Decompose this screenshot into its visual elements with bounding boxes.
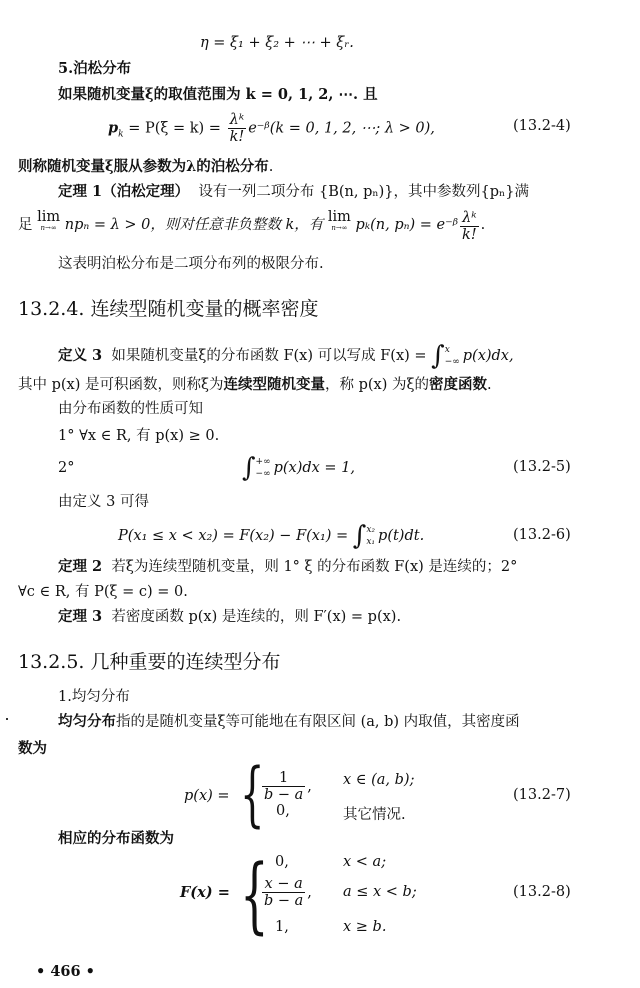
eq-lhs: p (108, 120, 118, 137)
term-continuous-rv: 连续型随机变量 (223, 376, 325, 393)
eq-13-2-7-case-2-condition: 其它情况. (343, 803, 406, 824)
definition-3-line-2: 其中 p(x) 是可积函数，则称ξ为连续型随机变量，称 p(x) 为ξ的密度函数… (18, 376, 492, 394)
theorem-3: 定理 3 若密度函数 p(x) 是连续的，则 F′(x) = p(x). (58, 608, 401, 626)
poisson-equation: pk = P(ξ = k) = λᵏk!e⁻ᵝ(k = 0, 1, 2, ⋯; … (108, 112, 435, 145)
limit-1: limn→∞ (37, 210, 60, 232)
theorem-2-label: 定理 2 (58, 558, 102, 575)
theorem-2-line-2: ∀c ∈ R, 有 P(ξ = c) = 0. (18, 583, 188, 601)
eq-13-2-8-case-1-value: 0, (275, 854, 289, 870)
term-uniform: 均匀分布 (58, 713, 116, 730)
integral-sign: ∫ (353, 521, 367, 551)
cdf-intro: 相应的分布函数为 (58, 830, 174, 848)
uniform-definition: 均匀分布指的是随机变量ξ等可能地在有限区间 (a, b) 内取值，其密度函 (58, 713, 520, 731)
equation-number-13-2-5: (13.2-5) (513, 459, 571, 475)
term-poisson: 泊松分布 (211, 158, 269, 175)
theorem-1-label: 定理 1（泊松定理） (58, 183, 189, 200)
theorem-3-label: 定理 3 (58, 608, 102, 625)
equation-number-13-2-7: (13.2-7) (513, 787, 571, 803)
eq-13-2-8-case-2-condition: a ≤ x < b; (343, 884, 417, 900)
from-definition-3: 由定义 3 可得 (58, 493, 149, 511)
equation-number-13-2-6: (13.2-6) (513, 527, 571, 543)
eq-13-2-7-case-1-value: 1b − a, (260, 770, 312, 803)
eq-13-2-8-case-3-value: 1, (275, 919, 289, 935)
uniform-definition-line-2: 数为 (18, 740, 47, 758)
eq-13-2-8-lhs: F(x) = (180, 884, 230, 902)
term-density-function: 密度函数 (429, 376, 487, 393)
uniform-subtitle: 1.均匀分布 (58, 688, 130, 706)
eq-13-2-8-case-3-condition: x ≥ b. (343, 919, 386, 935)
scan-speck (6, 718, 8, 720)
page-number: • 466 • (36, 963, 95, 981)
eq-13-2-7-case-1-condition: x ∈ (a, b); (343, 772, 414, 788)
definition-3-label: 定义 3 (58, 347, 102, 364)
property-1: 1° ∀x ∈ R, 有 p(x) ≥ 0. (58, 427, 219, 445)
eq-rest: e⁻ᵝ(k = 0, 1, 2, ⋯; λ > 0), (248, 121, 435, 137)
integral-sign: ∫ (431, 341, 445, 371)
theorem-2: 定理 2 若ξ为连续型随机变量，则 1° ξ 的分布函数 F(x) 是连续的；2… (58, 558, 517, 576)
integral-sign: ∫ (242, 453, 256, 483)
properties-intro: 由分布函数的性质可知 (58, 400, 203, 418)
definition-3: 定义 3 如果随机变量ξ的分布函数 F(x) 可以写成 F(x) = ∫x−∞p… (58, 344, 514, 368)
eq-13-2-8-case-2-value: x − ab − a, (260, 876, 312, 909)
section-13-2-5-heading: 13.2.5. 几种重要的连续型分布 (18, 651, 281, 673)
limit-2: limn→∞ (328, 210, 351, 232)
poisson-conclusion: 则称随机变量ξ服从参数为λ的泊松分布. (18, 158, 273, 176)
equation-number-13-2-8: (13.2-8) (513, 884, 571, 900)
property-2-integral: ∫+∞−∞p(x)dx = 1, (242, 456, 355, 480)
poisson-remark: 这表明泊松分布是二项分布列的极限分布. (58, 255, 324, 273)
document-page: η = ξ₁ + ξ₂ + ⋯ + ξᵣ. 5.泊松分布 如果随机变量ξ的取值范… (0, 0, 640, 988)
eq-13-2-7-case-2-value: 0, (276, 803, 290, 819)
poisson-fraction: λᵏk! (228, 112, 247, 145)
theorem-1-fraction: λᵏk! (460, 210, 479, 243)
theorem-1: 定理 1（泊松定理） 设有一列二项分布 {B(n, pₙ)}，其中参数列{pₙ}… (58, 183, 529, 201)
eq-13-2-8-case-1-condition: x < a; (343, 854, 386, 870)
property-2-label: 2° (58, 459, 74, 477)
section-5-title: 5.泊松分布 (58, 60, 131, 78)
theorem-1-line-2: 足 limn→∞ npₙ = λ > 0，则对任意非负整数 k，有 limn→∞… (18, 210, 485, 243)
section-13-2-4-heading: 13.2.4. 连续型随机变量的概率密度 (18, 298, 319, 320)
top-formula: η = ξ₁ + ξ₂ + ⋯ + ξᵣ. (200, 34, 354, 52)
equation-number-13-2-4: (13.2-4) (513, 118, 571, 134)
poisson-intro: 如果随机变量ξ的取值范围为 k = 0, 1, 2, ⋯. 且 (58, 86, 378, 104)
eq-mid: = P(ξ = k) = (124, 121, 226, 137)
eq-13-2-7-lhs: p(x) = (184, 787, 230, 805)
equation-13-2-6: P(x₁ ≤ x < x₂) = F(x₂) − F(x₁) = ∫x₂x₁p(… (118, 524, 424, 548)
